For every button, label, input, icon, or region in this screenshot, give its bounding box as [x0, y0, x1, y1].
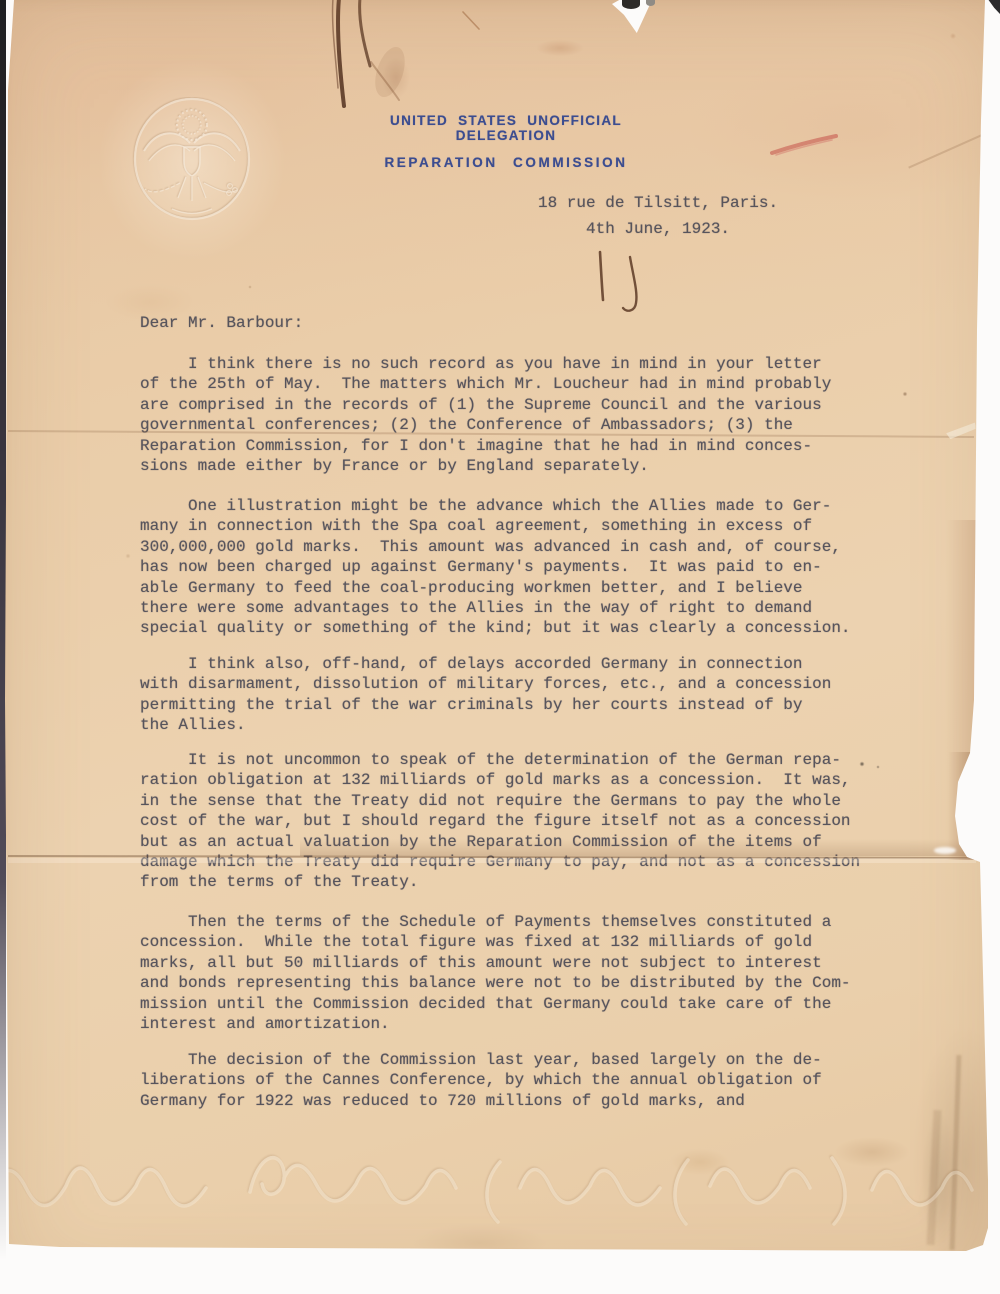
letter-paragraph-5: Then the terms of the Schedule of Paymen… [140, 912, 851, 1034]
letter-paragraph-3: I think also, off-hand, of delays accord… [140, 654, 831, 736]
letter-paragraph-4: It is not uncommon to speak of the deter… [140, 750, 860, 893]
tear-dark-speck [622, 0, 640, 9]
edge-chip-shading [948, 752, 974, 860]
salutation: Dear Mr. Barbour: [140, 313, 303, 333]
red-pencil-mark [760, 125, 850, 165]
letter-paragraph-6: The decision of the Commission last year… [140, 1050, 822, 1111]
fold-shadow [300, 839, 976, 856]
scanned-letter-page: UNITED STATES UNOFFICIAL DELEGATION REPA… [0, 0, 1000, 1294]
embossed-watermark-script [0, 1138, 1000, 1228]
dateline-date: 4th June, 1923. [586, 219, 730, 239]
fold-highlight [8, 858, 976, 863]
fold-glint [934, 847, 956, 854]
letter-paragraph-2: One illustration might be the advance wh… [140, 496, 851, 639]
scan-corner-artifact [987, 0, 1000, 14]
dateline-address: 18 rue de Tilsitt, Paris. [538, 193, 778, 213]
ink-smear-marks [0, 0, 520, 130]
pen-mark [585, 242, 655, 322]
scan-left-edge-artifact [0, 0, 6, 1260]
letter-paragraph-1: I think there is no such record as you h… [140, 354, 831, 476]
letter-paper: UNITED STATES UNOFFICIAL DELEGATION REPA… [0, 0, 1000, 1294]
tear-gray-speck [646, 0, 655, 6]
letterhead-org-line2: REPARATION COMMISSION [338, 155, 674, 170]
